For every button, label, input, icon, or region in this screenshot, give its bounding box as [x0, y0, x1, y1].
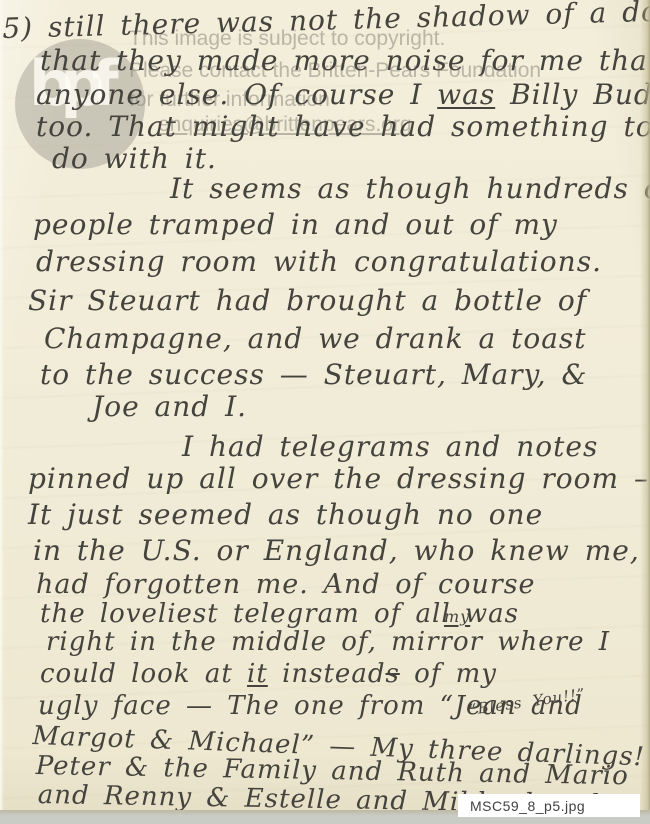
handwritten-text-segment: It just seemed as though no one: [28, 498, 543, 531]
handwritten-line: could look at it insteads of my: [40, 660, 497, 689]
handwritten-text-segment: had forgotten me. And of course: [36, 569, 536, 600]
handwritten-text-segment: my: [444, 607, 470, 626]
filename-text: MSC59_8_p5.jpg: [458, 798, 585, 814]
handwritten-text-segment: 5) still there was not the shadow of a d…: [2, 0, 650, 45]
handwritten-line: had forgotten me. And of course: [36, 570, 536, 600]
handwritten-text-segment: I had telegrams and notes: [182, 430, 598, 463]
handwritten-line: dressing room with congratulations.: [36, 247, 602, 278]
handwritten-line: too. That might have had something to: [36, 112, 650, 143]
handwritten-line: that they made more noise for me than: [40, 46, 650, 77]
handwritten-line: right in the middle of, mirror where I: [46, 628, 610, 657]
filename-label: MSC59_8_p5.jpg: [458, 794, 640, 817]
handwritten-line: in the U.S. or England, who knew me,: [33, 536, 640, 567]
handwritten-text-segment: in the U.S. or England, who knew me,: [33, 534, 640, 567]
handwritten-text-segment: Champagne, and we drank a toast: [44, 322, 587, 355]
handwritten-text-segment: It seems as though hundreds of: [170, 172, 650, 205]
handwritten-text-segment: it: [247, 659, 268, 689]
handwritten-text-segment: pinned up all over the dressing room –: [28, 462, 649, 495]
handwritten-line: Joe and I.: [92, 392, 247, 423]
handwritten-text-segment: that they made more noise for me than: [40, 44, 650, 77]
handwritten-line: do with it.: [52, 144, 217, 175]
handwritten-line: 5) still there was not the shadow of a d…: [2, 0, 650, 45]
handwritten-text-segment: of my: [400, 659, 497, 689]
handwritten-line: pinned up all over the dressing room –: [28, 464, 649, 495]
scan-edge-right: [640, 0, 650, 814]
handwritten-text-segment: to the success — Steuart, Mary, &: [40, 358, 587, 391]
scanned-letter-page: bpf This image is subject to copyright. …: [0, 0, 650, 824]
handwritten-text-segment: too. That might have had something to: [36, 110, 650, 143]
handwritten-line: I had telegrams and notes: [182, 432, 598, 463]
handwritten-line: Champagne, and we drank a toast: [44, 324, 587, 355]
handwritten-text-segment: Sir Steuart had brought a bottle of: [28, 284, 587, 317]
handwritten-line: It seems as though hundreds of: [170, 174, 650, 205]
handwritten-line: anyone else. Of course I was Billy Budd,: [36, 80, 650, 111]
handwritten-line: to the success — Steuart, Mary, &: [40, 360, 587, 391]
handwritten-text-segment: dressing room with congratulations.: [36, 245, 602, 278]
handwritten-text-segment: anyone else. Of course I: [36, 78, 437, 111]
handwritten-text-segment: people tramped in and out of my: [33, 208, 558, 241]
handwritten-text-segment: Joe and I.: [92, 390, 247, 423]
handwritten-line: It just seemed as though no one: [28, 500, 543, 531]
handwritten-line: Sir Steuart had brought a bottle of: [28, 286, 587, 317]
handwritten-text-segment: could look at: [40, 659, 247, 689]
handwritten-text-segment: Billy Budd,: [495, 78, 650, 111]
handwritten-text-segment: was: [437, 78, 495, 111]
handwritten-line: people tramped in and out of my: [33, 210, 558, 241]
handwritten-text-segment: s: [385, 659, 399, 689]
handwritten-text-segment: instead: [268, 659, 386, 689]
scan-edge-left: [0, 0, 4, 814]
handwriting-layer: 5) still there was not the shadow of a d…: [0, 0, 650, 824]
handwritten-text-segment: do with it.: [52, 142, 217, 175]
inserted-word: my: [444, 608, 470, 626]
handwritten-text-segment: right in the middle of, mirror where I: [46, 627, 610, 657]
